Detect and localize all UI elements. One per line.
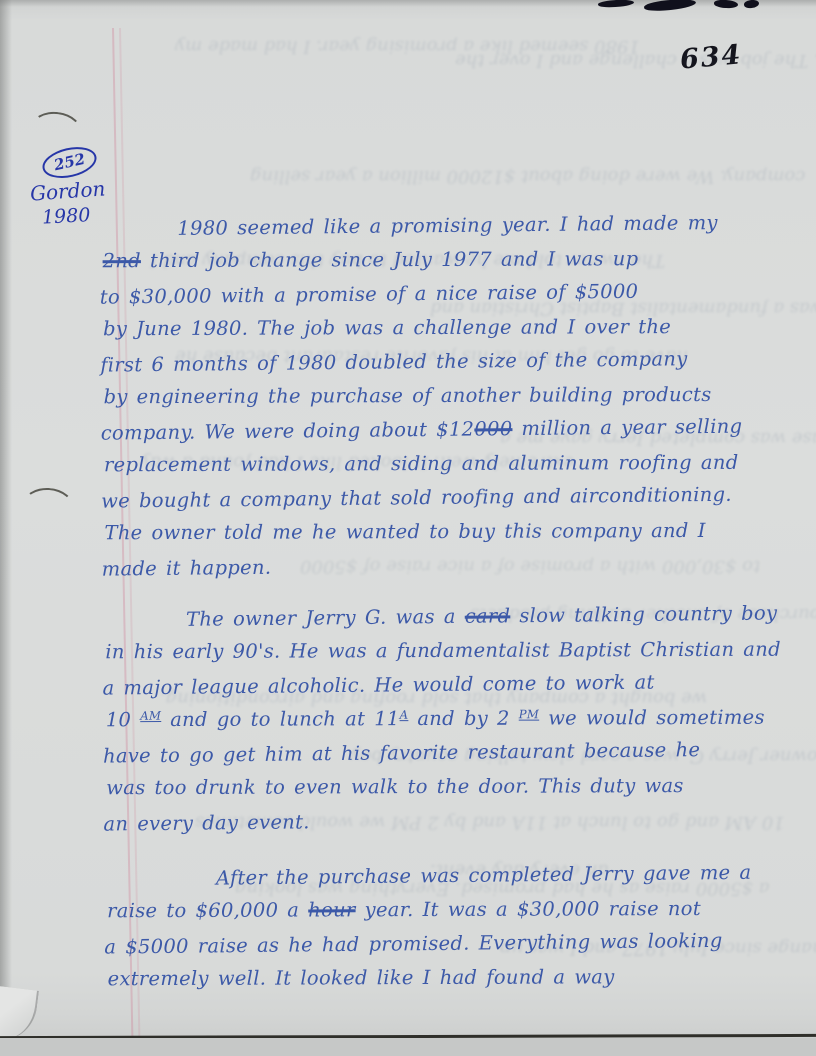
page-number: 634 xyxy=(679,39,744,75)
handwritten-line: replacement windows, and siding and alum… xyxy=(104,451,761,488)
handwritten-line: 1980 seemed like a promising year. I had… xyxy=(177,211,759,251)
margin-name: Gordon xyxy=(29,176,106,205)
handwritten-line: we bought a company that sold roofing an… xyxy=(101,482,761,523)
handwritten-line: was too drunk to even walk to the door. … xyxy=(106,774,763,811)
handwritten-line: After the purchase was completed Jerry g… xyxy=(216,861,764,901)
handwritten-line: made it happen. xyxy=(102,550,762,591)
handwritten-line: raise to $60,000 a hour year. It was a $… xyxy=(107,897,764,934)
top-edge-ink-mark xyxy=(714,0,738,9)
scan-left-edge-shadow xyxy=(0,0,12,1056)
crossed-out-word: 2nd xyxy=(103,249,141,272)
margin-year: 1980 xyxy=(41,203,105,228)
page-corner-curl xyxy=(0,986,39,1043)
top-edge-ink-mark xyxy=(744,0,760,9)
handwritten-line: by engineering the purchase of another b… xyxy=(103,383,760,420)
crossed-out-word: card xyxy=(465,604,511,627)
top-edge-ink-mark xyxy=(598,0,634,8)
paragraph: 1980 seemed like a promising year. I had… xyxy=(99,212,762,591)
bleed-through-text: company. We were doing about $12000 mill… xyxy=(250,166,805,187)
scan-bottom-band xyxy=(0,1038,816,1056)
manuscript-text: 1980 seemed like a promising year. I had… xyxy=(99,212,764,1003)
handwritten-line: a major league alcoholic. He would come … xyxy=(102,669,762,710)
scanned-page: 634 252 Gordon 1980 1980 seemed like a p… xyxy=(0,0,816,1056)
superscript-text: PM xyxy=(519,707,539,721)
handwritten-line: The owner Jerry G. was a card slow talki… xyxy=(186,602,762,642)
crossed-out-word: 000 xyxy=(474,417,512,440)
hole-punch xyxy=(21,486,76,528)
handwritten-line: 10 AM and go to lunch at 11A and by 2 PM… xyxy=(106,706,763,743)
handwritten-line: 2nd third job change since July 1977 and… xyxy=(103,247,760,284)
handwritten-line: a $5000 raise as he had promised. Everyt… xyxy=(104,928,764,969)
top-edge-ink-mark xyxy=(644,0,697,13)
handwritten-line: company. We were doing about $12000 mill… xyxy=(101,414,761,455)
handwritten-line: an every day event. xyxy=(103,805,763,846)
handwritten-line: have to go get him at his favorite resta… xyxy=(103,737,763,778)
margin-annotation: 252 Gordon 1980 xyxy=(30,148,105,227)
paragraph: The owner Jerry G. was a card slow talki… xyxy=(102,603,764,846)
handwritten-line: extremely well. It looked like I had fou… xyxy=(108,965,765,1002)
handwritten-line: The owner told me he wanted to buy this … xyxy=(104,519,761,556)
crossed-out-word: hour xyxy=(308,898,355,921)
superscript-text: AM xyxy=(140,709,161,723)
handwritten-line: in his early 90's. He was a fundamentali… xyxy=(105,638,762,675)
paragraph: After the purchase was completed Jerry g… xyxy=(104,862,765,1003)
bleed-through-text: by June 1980. The job was a challenge an… xyxy=(455,50,816,71)
superscript-text: A xyxy=(400,708,409,722)
handwritten-line: first 6 months of 1980 doubled the size … xyxy=(100,346,760,387)
bleed-through-text: 1980 seemed like a promising year. I had… xyxy=(175,36,640,57)
handwritten-line: by June 1980. The job was a challenge an… xyxy=(103,315,760,352)
handwritten-line: to $30,000 with a promise of a nice rais… xyxy=(100,278,760,319)
